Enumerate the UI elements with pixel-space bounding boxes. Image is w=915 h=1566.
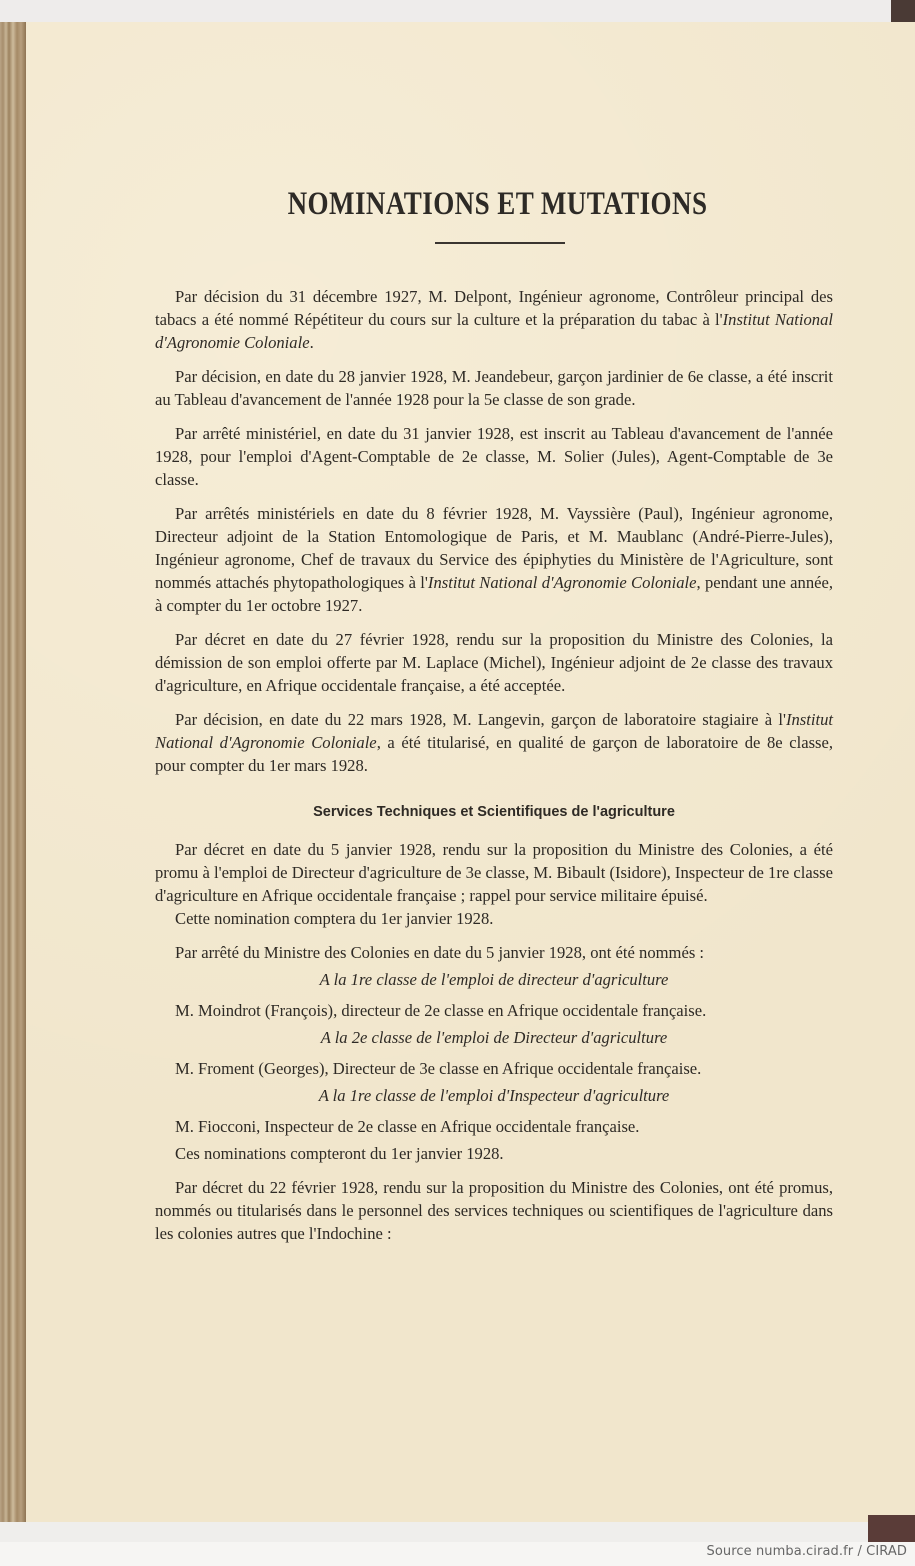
- paragraph-moindrot: M. Moindrot (François), directeur de 2e …: [155, 999, 833, 1022]
- paragraph-bibault: Par décret en date du 5 janvier 1928, re…: [155, 838, 833, 907]
- subheading-directeur-1re: A la 1re classe de l'emploi de directeur…: [155, 968, 833, 991]
- paragraph-solier: Par arrêté ministériel, en date du 31 ja…: [155, 422, 833, 491]
- scan-top-margin: [0, 0, 915, 22]
- paragraph-fiocconi: M. Fiocconi, Inspecteur de 2e classe en …: [155, 1115, 833, 1138]
- paragraph-froment: M. Froment (Georges), Directeur de 3e cl…: [155, 1057, 833, 1080]
- subheading-directeur-2e: A la 2e classe de l'emploi de Directeur …: [155, 1026, 833, 1049]
- document-body: Par décision du 31 décembre 1927, M. Del…: [155, 285, 833, 1256]
- paragraph-jeandebeur: Par décision, en date du 28 janvier 1928…: [155, 365, 833, 411]
- paragraph-nominations-effective: Ces nominations compteront du 1er janvie…: [155, 1142, 833, 1165]
- source-credit: Source numba.cirad.fr / CIRAD: [706, 1544, 907, 1559]
- section-heading: Services Techniques et Scientifiques de …: [155, 801, 833, 824]
- page-stack-edge: [0, 22, 26, 1542]
- scan-corner-top: [891, 0, 915, 24]
- scan-bottom-margin: [0, 1522, 915, 1542]
- page-title: NOMINATIONS ET MUTATIONS: [90, 186, 906, 223]
- paragraph-delpont: Par décision du 31 décembre 1927, M. Del…: [155, 285, 833, 354]
- paragraph-decret-22-fevrier: Par décret du 22 février 1928, rendu sur…: [155, 1176, 833, 1245]
- paragraph-laplace: Par décret en date du 27 février 1928, r…: [155, 628, 833, 697]
- paragraph-vayssiere: Par arrêtés ministériels en date du 8 fé…: [155, 502, 833, 617]
- subheading-inspecteur-1re: A la 1re classe de l'emploi d'Inspecteur…: [155, 1084, 833, 1107]
- paragraph-langevin: Par décision, en date du 22 mars 1928, M…: [155, 708, 833, 777]
- title-divider: [435, 242, 565, 244]
- scan-corner-bottom: [868, 1515, 915, 1542]
- paragraph-arrete: Par arrêté du Ministre des Colonies en d…: [155, 941, 833, 964]
- paragraph-bibault-effective: Cette nomination comptera du 1er janvier…: [155, 907, 833, 930]
